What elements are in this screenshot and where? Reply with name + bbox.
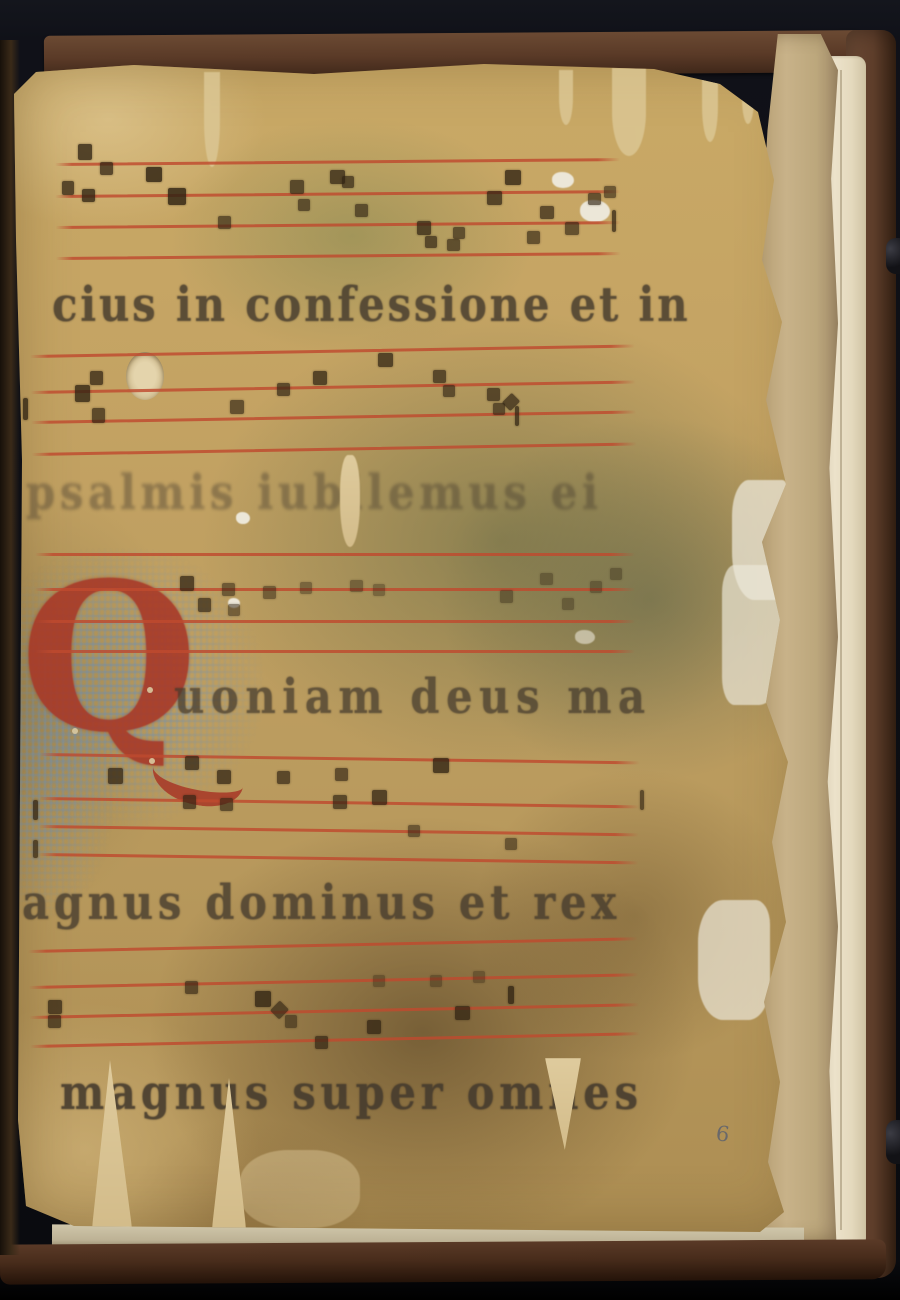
neume [610, 568, 622, 580]
staff-line [28, 937, 638, 953]
neume [333, 795, 347, 809]
neume [285, 1015, 297, 1028]
neume [443, 385, 455, 397]
neume [433, 758, 449, 773]
neume [62, 181, 74, 195]
staff-line [30, 344, 635, 358]
neume [48, 1000, 62, 1014]
neume [453, 227, 465, 239]
tear-mark [340, 455, 360, 547]
neume [350, 580, 363, 592]
neume [430, 975, 442, 987]
neume [590, 581, 602, 593]
neume [508, 986, 514, 1004]
neume [417, 221, 431, 235]
neume [255, 991, 271, 1007]
neume [447, 239, 460, 251]
glue-drip-stain [742, 74, 754, 124]
staff-line [29, 1003, 639, 1019]
neume [218, 216, 231, 229]
neume [335, 768, 348, 781]
neume [313, 371, 327, 385]
repair-patch [236, 512, 250, 524]
neume [180, 576, 194, 591]
neume [290, 180, 304, 194]
neume [640, 790, 644, 810]
glue-drip-stain [204, 72, 220, 167]
neume [228, 604, 240, 616]
neume [425, 236, 437, 248]
neume [612, 210, 616, 232]
staff-line [30, 1032, 640, 1048]
clasp-remnant [886, 238, 900, 274]
neume [408, 825, 420, 837]
neume [185, 756, 199, 770]
neume [372, 790, 387, 805]
neume [373, 584, 385, 596]
neume [487, 388, 500, 401]
neume [505, 170, 521, 185]
neume [220, 798, 233, 811]
staff-line [56, 221, 621, 229]
neume [230, 400, 244, 414]
staff-line [35, 650, 635, 653]
neume [487, 191, 502, 205]
neume [562, 598, 574, 610]
staff-line [55, 158, 620, 166]
neume [33, 840, 38, 858]
neume [500, 590, 513, 603]
staff-line [29, 973, 639, 989]
neume [23, 398, 28, 420]
chant-text-line-1: cius in confessione et in [52, 276, 690, 332]
neume [588, 193, 601, 205]
folio-number: 6 [714, 1121, 731, 1147]
neume [92, 408, 105, 423]
staff-line [39, 853, 639, 864]
glue-drip-stain [559, 70, 573, 125]
neume [515, 406, 519, 426]
neume [540, 573, 553, 585]
neume [300, 582, 312, 594]
neume [183, 795, 196, 809]
tear-mark [240, 1150, 360, 1228]
initial-dot [72, 728, 78, 734]
staff-line [55, 190, 620, 198]
chant-text-line-3: uoniam deus ma [174, 668, 652, 724]
neume [222, 583, 235, 596]
music-staff-5 [28, 937, 640, 1049]
neume [373, 975, 385, 987]
music-staff-3 [35, 553, 635, 654]
staff-line [56, 252, 621, 260]
staff-line [31, 380, 636, 394]
neume [277, 771, 290, 784]
clasp-remnant [886, 1120, 900, 1164]
neume [433, 370, 446, 383]
neume [540, 206, 554, 219]
staff-line [35, 588, 635, 591]
neume [298, 199, 310, 211]
staff-line [35, 553, 635, 556]
neume [90, 371, 103, 385]
chant-text-line-2: psalmis iubilemus ei [26, 464, 603, 520]
neume [78, 144, 92, 160]
binding-bottom-edge [0, 1239, 886, 1284]
neume [505, 838, 517, 850]
neume [473, 971, 485, 983]
chant-text-line-4: agnus dominus et rex [22, 874, 621, 930]
neume [367, 1020, 381, 1034]
music-staff-2 [30, 344, 637, 457]
neume [168, 188, 186, 205]
neume [315, 1036, 328, 1049]
glue-drip-stain [612, 68, 646, 156]
staff-line [39, 825, 639, 836]
neume [527, 231, 540, 244]
photograph-of-manuscript: Q cius in confessione et in psalmis iubi… [0, 0, 900, 1300]
neume [355, 204, 368, 217]
neume [198, 598, 211, 612]
neume [217, 770, 231, 784]
manuscript-page: Q cius in confessione et in psalmis iubi… [14, 60, 800, 1232]
neume [185, 981, 198, 994]
staff-line [32, 442, 637, 456]
glue-drip-stain [702, 70, 718, 142]
neume [378, 353, 393, 367]
neume [75, 385, 90, 402]
neume [146, 167, 162, 182]
neume [108, 768, 123, 784]
neume [342, 176, 354, 188]
neume [48, 1015, 61, 1028]
neume [263, 586, 276, 599]
paper-page-edge [840, 70, 842, 1230]
neume [82, 189, 95, 202]
neume [565, 222, 579, 235]
neume [604, 186, 616, 198]
neume [455, 1006, 470, 1020]
staff-line [35, 620, 635, 623]
edge-repair [698, 900, 770, 1020]
staff-line [40, 753, 640, 764]
staff-line [31, 410, 636, 424]
neume [277, 383, 290, 396]
initial-dot [147, 687, 153, 693]
neume [100, 162, 113, 175]
neume [33, 800, 38, 820]
